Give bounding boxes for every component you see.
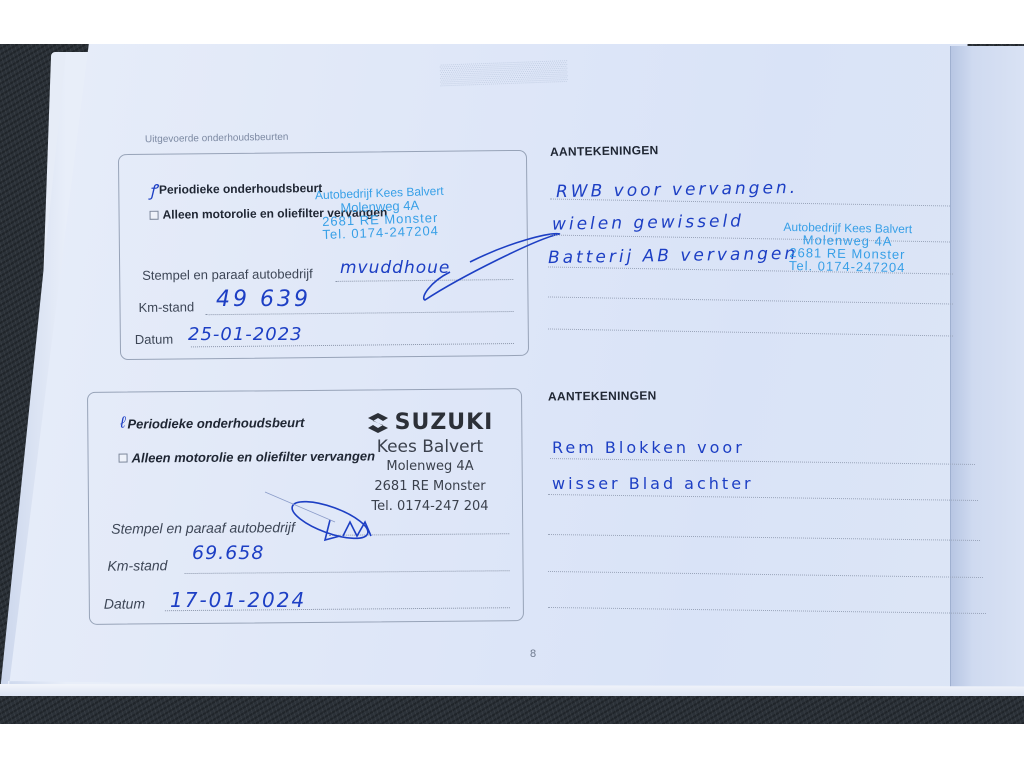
check-mark-icon: ℓ [120,415,125,433]
notes-heading: AANTEKENINGEN [548,389,657,404]
dealer-stamp: Autobedrijf Kees Balvert Molenweg 4A 268… [765,221,931,275]
stamp-field: Stempel en paraaf autobedrijf [111,519,295,537]
note-text: Rem Blokken voor [552,438,745,457]
show-through-text: ▒▒▒▒▒▒▒▒▒ [440,60,568,87]
checkbox[interactable] [150,210,159,219]
date-field: Datum [135,332,173,347]
km-value: 69.658 [192,542,264,564]
entry-heading: ℓ Periodieke onderhoudsbeurt [120,413,304,433]
date-field: Datum [104,595,145,611]
bottom-border [0,724,1024,768]
note-text: wielen gewisseld [552,211,744,234]
next-page-edge [950,46,1024,696]
date-value: 17-01-2024 [170,588,306,612]
suzuki-s-icon [367,412,389,434]
notes-heading: AANTEKENINGEN [550,143,659,159]
page-number: 8 [530,648,536,660]
km-value: 49 639 [216,287,311,312]
km-field: Km-stand [138,299,194,315]
note-text: RWB voor vervangen. [556,178,798,202]
suzuki-logo: SUZUKI [350,410,510,435]
date-value: 25-01-2023 [188,324,303,345]
entry-heading: ꝭ Periodieke onderhoudsbeurt [149,177,322,201]
top-border [0,0,1024,44]
note-text: wisser Blad achter [552,474,754,493]
km-field: Km-stand [107,557,167,574]
oil-only-option[interactable]: Alleen motorolie en oliefilter vervangen [119,448,376,465]
stamp-field: Stempel en paraaf autobedrijf [142,266,313,283]
dealer-stamp: Autobedrijf Kees Balvert Molenweg 4A 268… [299,184,461,242]
km-line [185,570,510,574]
check-mark-icon: ꝭ [149,179,157,201]
checkbox[interactable] [119,454,128,463]
